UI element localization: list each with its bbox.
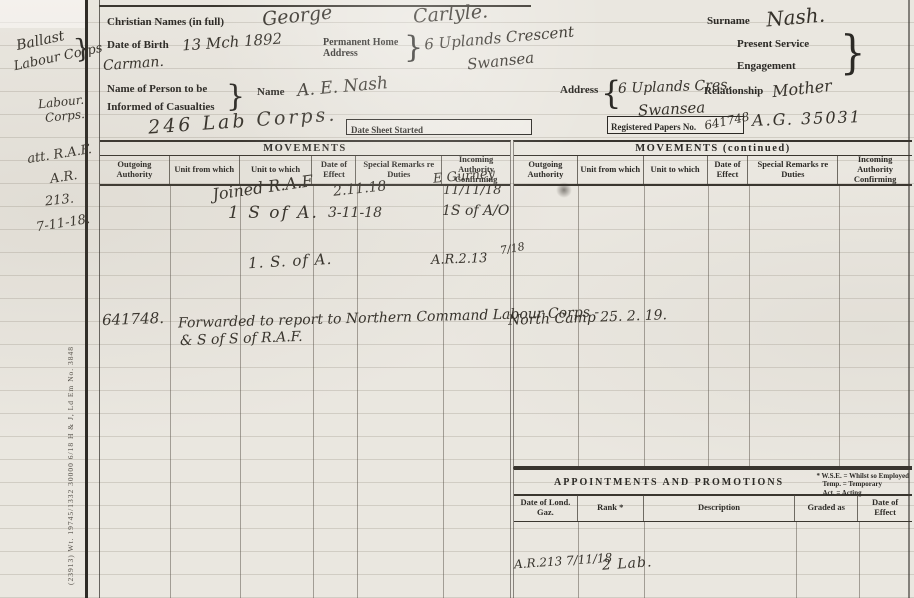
informed-name-value: A. E. Nash [296, 73, 388, 101]
col-header-outgoing-authority: Outgoing Authority [514, 156, 578, 184]
surname-label: Surname [707, 15, 750, 27]
col-header-date-of-effect: Date of Effect [708, 156, 749, 184]
scanned-service-record-card: Ballast Labour Corps } Labour. Corps. at… [0, 0, 914, 598]
margin-divider-line [85, 0, 88, 598]
appointments-title: APPOINTMENTS AND PROMOTIONS [554, 477, 784, 488]
person-informed-label-2: Informed of Casualties [107, 101, 215, 113]
margin-note-corps: Corps. [44, 107, 85, 125]
margin-note-date: 7-11-18. [35, 212, 91, 235]
movement-row2-incoming: 1S of A/O [442, 203, 509, 219]
name-label: Name [257, 86, 285, 98]
relationship-value: Mother [771, 76, 833, 101]
permanent-address-line1: 6 Uplands Crescent [424, 22, 575, 53]
movements-continued-title: MOVEMENTS (continued) [514, 143, 912, 154]
key-note-line1: * W.S.E. = Whilst so Employed [816, 472, 909, 480]
col-header-unit-to: Unit to which [644, 156, 708, 184]
date-sheet-started-label: Date Sheet Started [347, 124, 423, 137]
movements-title: MOVEMENTS [100, 143, 510, 154]
registered-papers-box: Registered Papers No. 641748 [607, 116, 744, 134]
appointment-entry-date: A.R.213 7/11/18 [514, 551, 613, 572]
movement-row3-unit: 1. S. of A. [248, 250, 333, 272]
margin-note-att-raf: att. R.A.F. [26, 142, 93, 167]
registered-papers-value: 641748 [703, 109, 751, 132]
col-header-special-remarks: Special Remarks re Duties [748, 156, 838, 184]
christian-names-label: Christian Names (in full) [107, 16, 224, 28]
col-header-description: Description [644, 495, 796, 521]
movements-continued-table: MOVEMENTS (continued) Outgoing Authority… [513, 140, 912, 468]
col-header-rank: Rank * [578, 495, 644, 521]
appointments-header-row: Date of Lond. Gaz. Rank * Description Gr… [514, 495, 912, 521]
date-of-birth-label: Date of Birth [107, 39, 169, 51]
permanent-address-line2: Swansea [466, 49, 535, 74]
col-header-graded-as: Graded as [795, 495, 858, 521]
permanent-home-label-2: Address [323, 48, 358, 59]
movements-table: MOVEMENTS Outgoing Authority Unit from w… [100, 140, 511, 598]
scan-light-patch [0, 0, 85, 28]
movement-remark-line2: & S of S of R.A.F. [180, 329, 303, 349]
key-note-line2: Temp. = Temporary [816, 480, 909, 488]
person-informed-label-1: Name of Person to be [107, 83, 207, 95]
movement-row2-date: 3-11-18 [328, 205, 382, 221]
person-informed-brace-icon: } [226, 82, 245, 112]
key-note-line3: Act. = Acting [816, 489, 909, 497]
service-engagement-brace-icon: } [840, 30, 865, 76]
col-header-unit-from: Unit from which [578, 156, 644, 184]
margin-note-213: 213. [44, 192, 74, 210]
registered-papers-label: Registered Papers No. [608, 120, 696, 135]
surname-value: Nash. [765, 2, 826, 31]
col-header-unit-from: Unit from which [170, 156, 240, 184]
col-header-date-lond-gaz: Date of Lond. Gaz. [514, 495, 578, 521]
trade-value: Carman. [103, 54, 165, 74]
engagement-label: Engagement [737, 60, 796, 72]
printer-imprint: (23913) Wt. 19745/1332 30000 6/18 H & J,… [66, 295, 75, 585]
col-header-date-of-effect: Date of Effect [312, 156, 356, 184]
ink-smudge [556, 182, 572, 198]
movement-entry-number: 641748. [102, 309, 165, 329]
incoming-signature-date: 11/11/18 [443, 183, 501, 198]
appointments-table: APPOINTMENTS AND PROMOTIONS * W.S.E. = W… [513, 468, 912, 598]
permanent-home-brace-icon: } [404, 33, 423, 63]
col-header-outgoing-authority: Outgoing Authority [100, 156, 170, 184]
date-of-birth-value: 13 Mch 1892 [181, 30, 282, 55]
registered-papers-extra-value: A.G. 35031 [752, 107, 863, 130]
date-sheet-started-box: Date Sheet Started [346, 119, 532, 135]
appointments-key-note: * W.S.E. = Whilst so Employed Temp. = Te… [816, 472, 909, 497]
permanent-home-label-1: Permanent Home [323, 37, 398, 48]
christian-name-2-value: Carlyle. [412, 0, 488, 27]
movement-row2-unit: 1 S of A. [228, 203, 319, 223]
present-service-label: Present Service [737, 38, 809, 50]
movements-continued-header-row: Outgoing Authority Unit from which Unit … [514, 156, 912, 184]
informed-address-line2: Swansea [638, 98, 706, 119]
col-header-date-of-effect: Date of Effect [858, 495, 912, 521]
movement-row3-incoming: A.R.2.13 [431, 251, 488, 268]
col-header-incoming-authority: Incoming Authority Confirming [838, 156, 912, 184]
margin-note-ar: A.R. [49, 168, 78, 187]
address-label: Address [560, 84, 598, 96]
appointment-entry-rank: 2 Lab. [602, 554, 653, 573]
